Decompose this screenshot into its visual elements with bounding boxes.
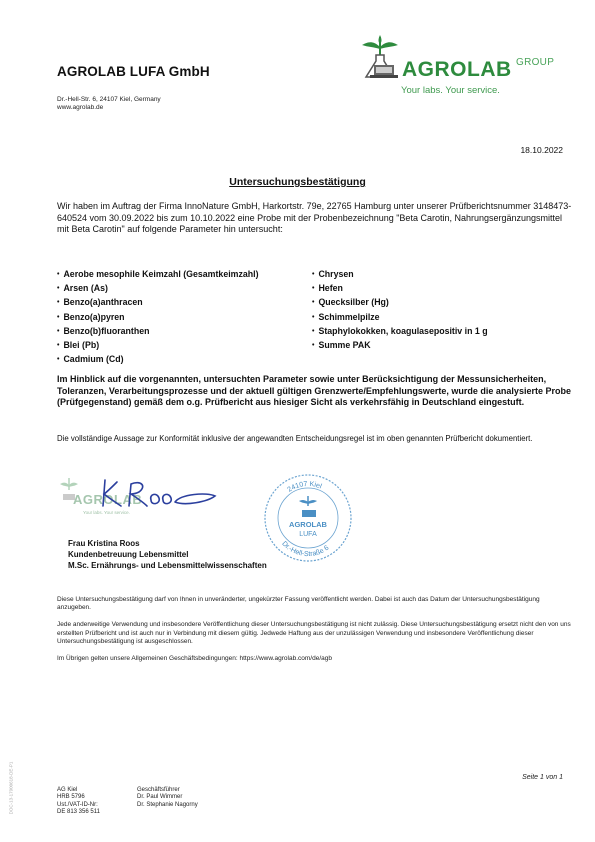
footer-registry-line: AG Kiel bbox=[57, 787, 100, 794]
parameter-item: Benzo(a)anthracen bbox=[57, 296, 259, 310]
parameter-item: Quecksilber (Hg) bbox=[312, 296, 488, 310]
parameter-item: Schimmelpilze bbox=[312, 311, 488, 325]
stamp-seal-icon: 24107 Kiel Dr.-Hell-Straße 6 AGROLAB LUF… bbox=[262, 472, 354, 564]
plant-flask-laptop-icon bbox=[360, 33, 402, 83]
legal-notes: Diese Untersuchungsbestätigung darf von … bbox=[57, 596, 572, 672]
legal-note-terms: Im Übrigen gelten unsere Allgemeinen Ges… bbox=[57, 655, 572, 663]
agrolab-group-logo: AGROLAB GROUP Your labs. Your service. bbox=[360, 33, 570, 103]
document-title: Untersuchungsbestätigung bbox=[0, 176, 595, 188]
signature-block: AGROLAB Your labs. Your service. bbox=[57, 472, 222, 530]
parameter-list-column-2: Chrysen Hefen Quecksilber (Hg) Schimmelp… bbox=[312, 268, 488, 353]
signer-block: Frau Kristina Roos Kundenbetreuung Leben… bbox=[68, 538, 267, 571]
parameter-list-column-1: Aerobe mesophile Keimzahl (Gesamtkeimzah… bbox=[57, 268, 259, 367]
svg-text:AGROLAB: AGROLAB bbox=[289, 520, 327, 529]
signer-name: Frau Kristina Roos bbox=[68, 538, 267, 549]
footer-registry-line: Ust./VAT-ID-Nr: bbox=[57, 802, 100, 809]
parameter-item: Blei (Pb) bbox=[57, 339, 259, 353]
footer-management-line: Dr. Paul Wimmer bbox=[137, 794, 198, 801]
signer-role: Kundenbetreuung Lebensmittel bbox=[68, 549, 267, 560]
legal-note-publication: Diese Untersuchungsbestätigung darf von … bbox=[57, 596, 572, 613]
footer-registry-line: DE 813 356 511 bbox=[57, 809, 100, 816]
logo-wordmark: AGROLAB bbox=[402, 58, 512, 82]
parameter-item: Summe PAK bbox=[312, 339, 488, 353]
parameter-item: Cadmium (Cd) bbox=[57, 353, 259, 367]
footer-management-line: Dr. Stephanie Nagorny bbox=[137, 802, 198, 809]
logo-slogan: Your labs. Your service. bbox=[401, 85, 500, 96]
website-link[interactable]: www.agrolab.de bbox=[57, 104, 161, 112]
handwritten-signature bbox=[57, 472, 222, 522]
legal-note-restriction: Jede anderweitige Verwendung und insbeso… bbox=[57, 621, 572, 646]
footer-registry-line: HRB 5796 bbox=[57, 794, 100, 801]
svg-text:LUFA: LUFA bbox=[299, 531, 317, 538]
parameter-item: Aerobe mesophile Keimzahl (Gesamtkeimzah… bbox=[57, 268, 259, 282]
conformity-note: Die vollständige Aussage zur Konformität… bbox=[57, 434, 572, 444]
company-stamp: 24107 Kiel Dr.-Hell-Straße 6 AGROLAB LUF… bbox=[262, 472, 354, 564]
parameter-item: Benzo(a)pyren bbox=[57, 311, 259, 325]
intro-paragraph: Wir haben im Auftrag der Firma InnoNatur… bbox=[57, 201, 572, 236]
logo-group-suffix: GROUP bbox=[516, 57, 554, 68]
document-code: DOC-13-17900618-DE-P1 bbox=[4, 748, 18, 828]
company-name: AGROLAB LUFA GmbH bbox=[57, 64, 210, 79]
parameter-item: Chrysen bbox=[312, 268, 488, 282]
svg-text:24107 Kiel: 24107 Kiel bbox=[286, 481, 323, 494]
signer-degree: M.Sc. Ernährungs- und Lebensmittelwissen… bbox=[68, 560, 267, 571]
footer-registry: AG Kiel HRB 5796 Ust./VAT-ID-Nr: DE 813 … bbox=[57, 787, 100, 817]
document-code-text: DOC-13-17900618-DE-P1 bbox=[9, 762, 14, 815]
company-address: Dr.-Hell-Str. 6, 24107 Kiel, Germany www… bbox=[57, 96, 161, 112]
address-line: Dr.-Hell-Str. 6, 24107 Kiel, Germany bbox=[57, 96, 161, 104]
parameter-item: Benzo(b)fluoranthen bbox=[57, 325, 259, 339]
verdict-paragraph: Im Hinblick auf die vorgenannten, unters… bbox=[57, 374, 572, 409]
footer-management-line: Geschäftsführer bbox=[137, 787, 198, 794]
parameter-item: Arsen (As) bbox=[57, 282, 259, 296]
page-number: Seite 1 von 1 bbox=[522, 774, 563, 781]
parameter-item: Hefen bbox=[312, 282, 488, 296]
footer-management: Geschäftsführer Dr. Paul Wimmer Dr. Step… bbox=[137, 787, 198, 809]
document-date: 18.10.2022 bbox=[520, 145, 563, 155]
parameter-item: Staphylokokken, koagulasepositiv in 1 g bbox=[312, 325, 488, 339]
